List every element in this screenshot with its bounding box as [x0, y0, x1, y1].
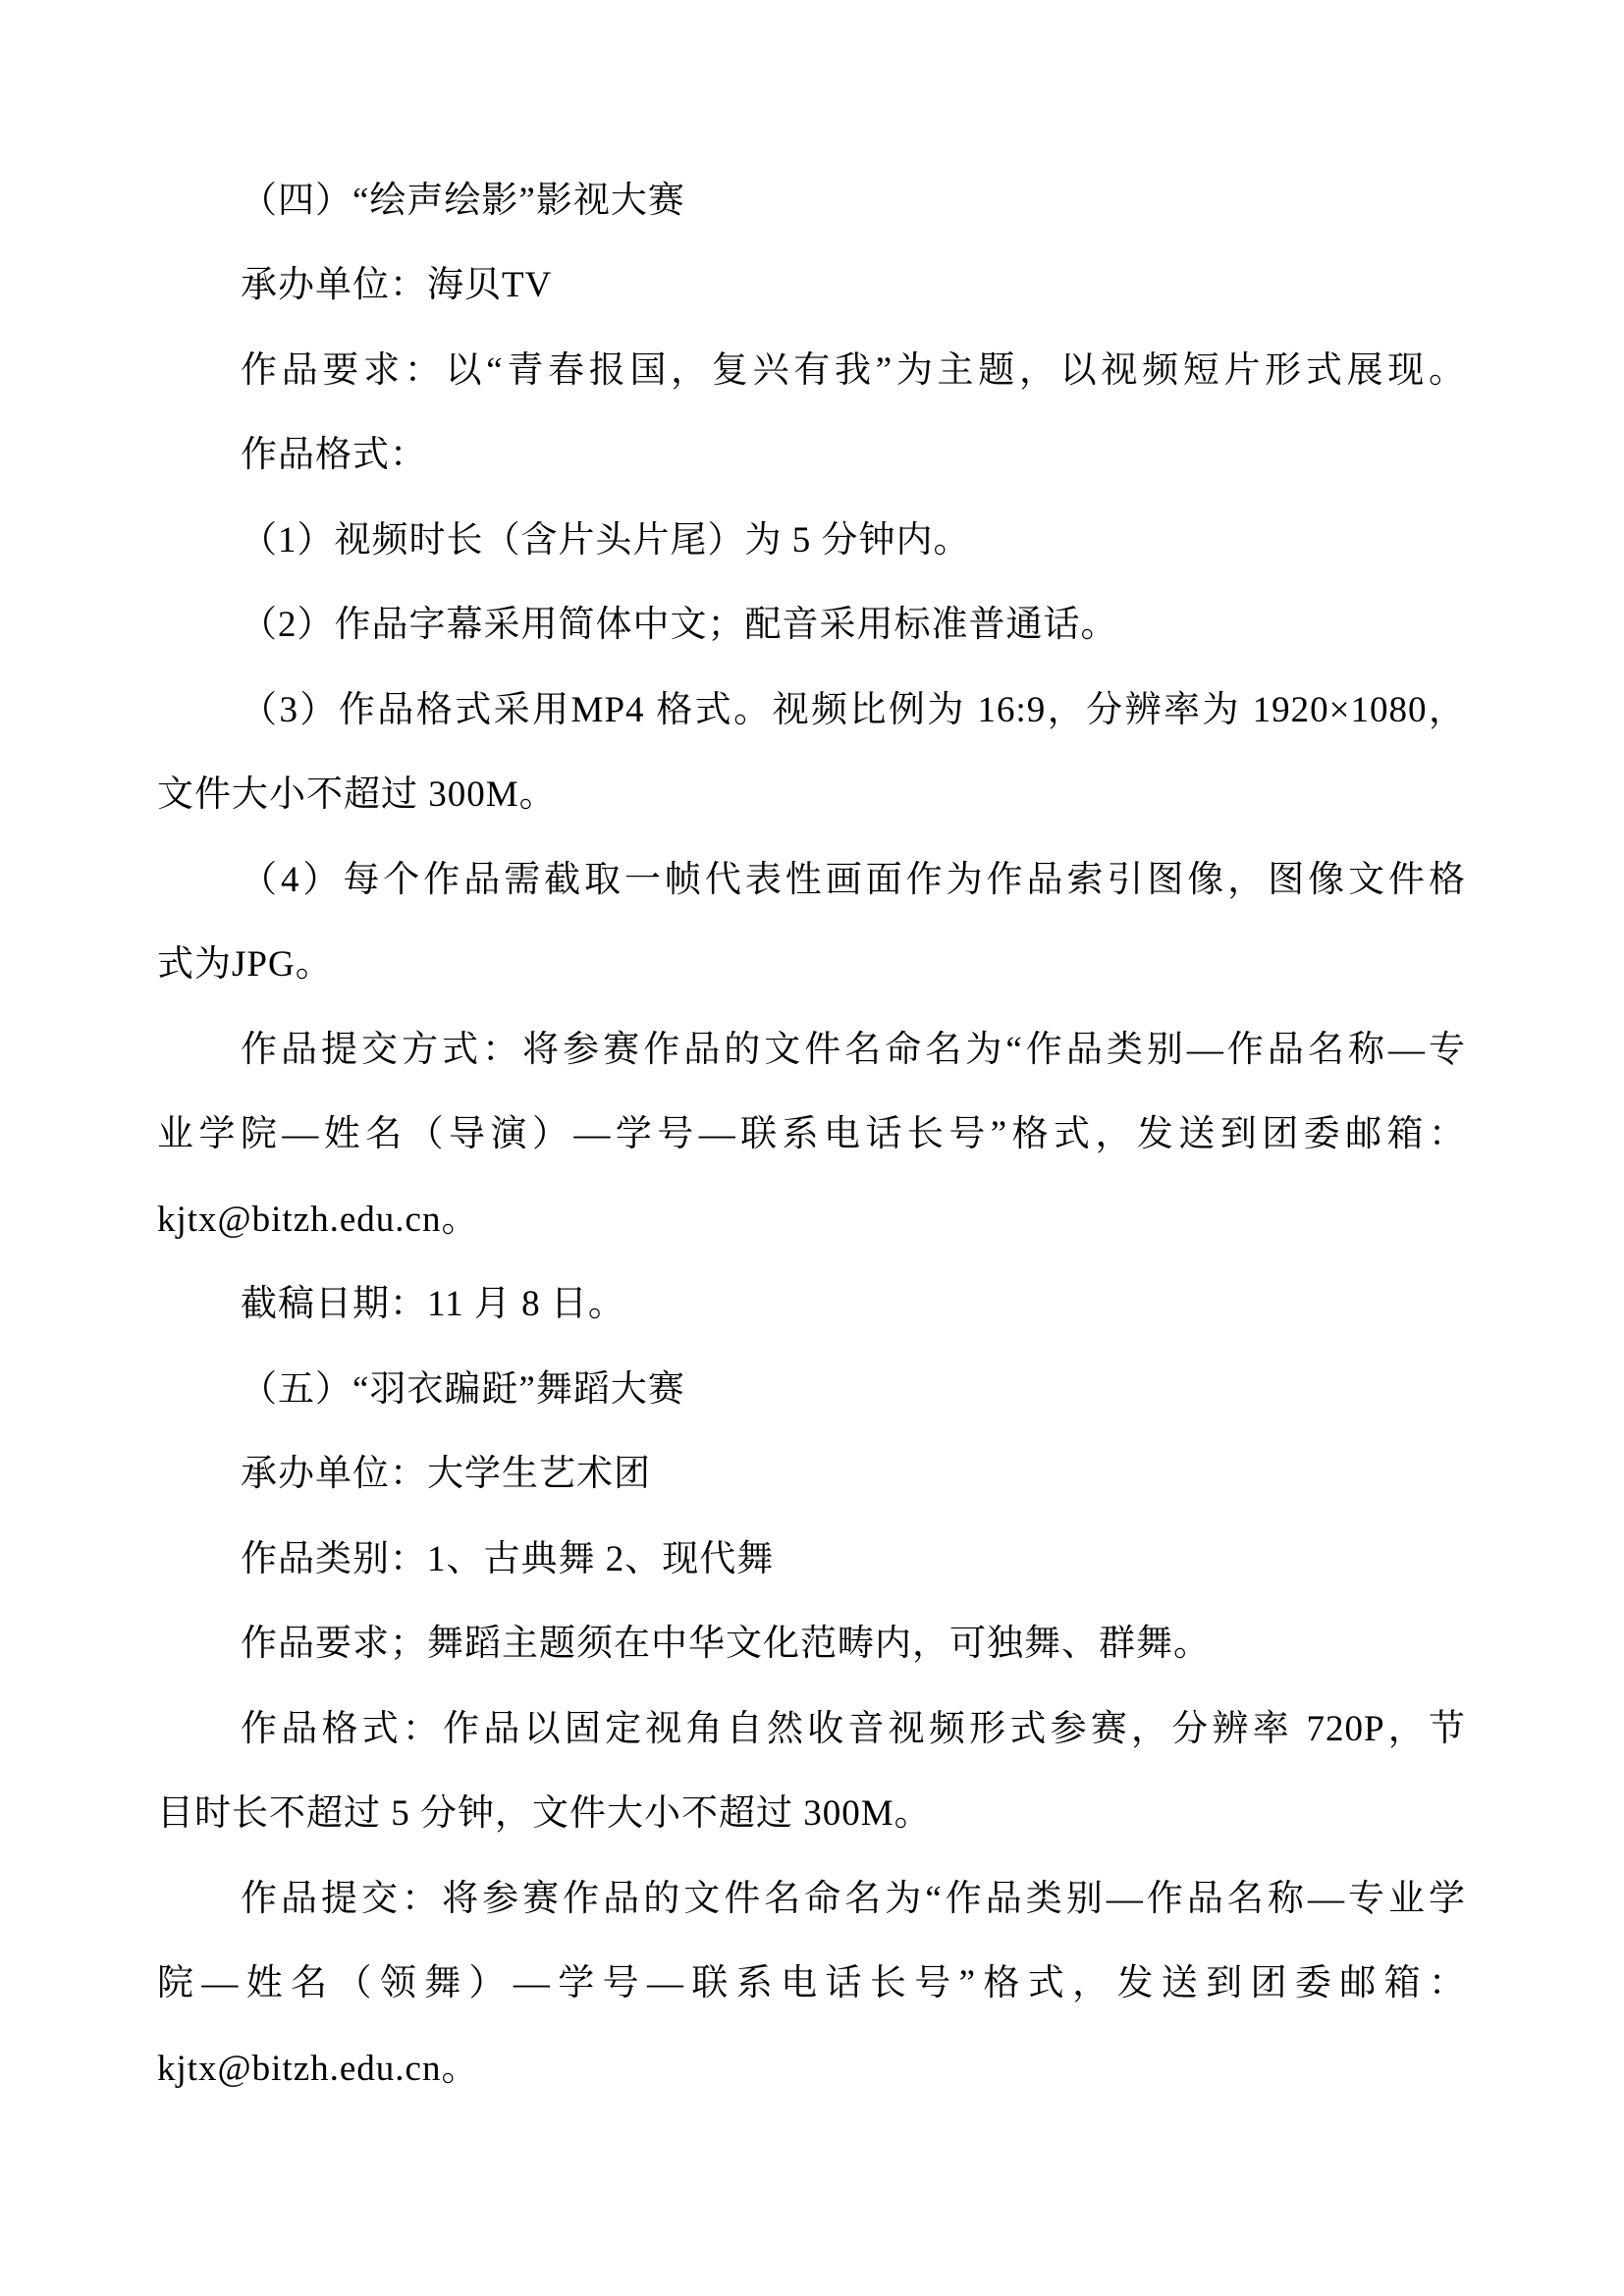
requirement-line: 作品要求；舞蹈主题须在中华文化范畴内，可独舞、群舞。: [241, 1621, 1211, 1668]
submission-line: 作品提交：将参赛作品的文件名命名为“作品类别—作品名称—专业学: [241, 1876, 1466, 1923]
format-item-continuation: 文件大小不超过 300M。: [157, 772, 557, 819]
format-item-continuation: 式为JPG。: [157, 941, 333, 988]
format-item: （1）视频时长（含片头片尾）为 5 分钟内。: [241, 517, 971, 564]
format-line-continuation: 目时长不超过 5 分钟，文件大小不超过 300M。: [157, 1790, 932, 1838]
organizer-line: 承办单位：大学生艺术团: [241, 1451, 651, 1498]
section-heading: （四）“绘声绘影”影视大赛: [241, 178, 685, 225]
format-item: （3）作品格式采用MP4 格式。视频比例为 16:9，分辨率为 1920×108…: [241, 687, 1466, 734]
submission-line: 作品提交方式：将参赛作品的文件名命名为“作品类别—作品名称—专: [241, 1027, 1466, 1074]
categories-line: 作品类别：1、古典舞 2、现代舞: [241, 1536, 774, 1583]
requirement-line: 作品要求：以“青春报国，复兴有我”为主题，以视频短片形式展现。: [241, 347, 1466, 395]
format-item: （4）每个作品需截取一帧代表性画面作为作品索引图像，图像文件格: [241, 857, 1466, 904]
section-heading: （五）“羽衣蹁跹”舞蹈大赛: [241, 1366, 685, 1414]
format-line: 作品格式：作品以固定视角自然收音视频形式参赛，分辨率 720P，节: [241, 1706, 1466, 1753]
organizer-line: 承办单位：海贝TV: [241, 262, 552, 309]
email-link[interactable]: kjtx@bitzh.edu.cn。: [157, 2046, 478, 2093]
submission-line: 业学院—姓名（导演）—学号—联系电话长号”格式，发送到团委邮箱：: [157, 1111, 1466, 1158]
document-page: （四）“绘声绘影”影视大赛 承办单位：海贝TV 作品要求：以“青春报国，复兴有我…: [0, 0, 1624, 2296]
deadline-line: 截稿日期：11 月 8 日。: [241, 1281, 625, 1328]
format-label: 作品格式：: [241, 432, 427, 479]
submission-line: 院—姓名（领舞）—学号—联系电话长号”格式，发送到团委邮箱：: [157, 1960, 1466, 2007]
format-item: （2）作品字幕采用简体中文；配音采用标准普通话。: [241, 602, 1118, 649]
email-link[interactable]: kjtx@bitzh.edu.cn。: [157, 1197, 478, 1244]
